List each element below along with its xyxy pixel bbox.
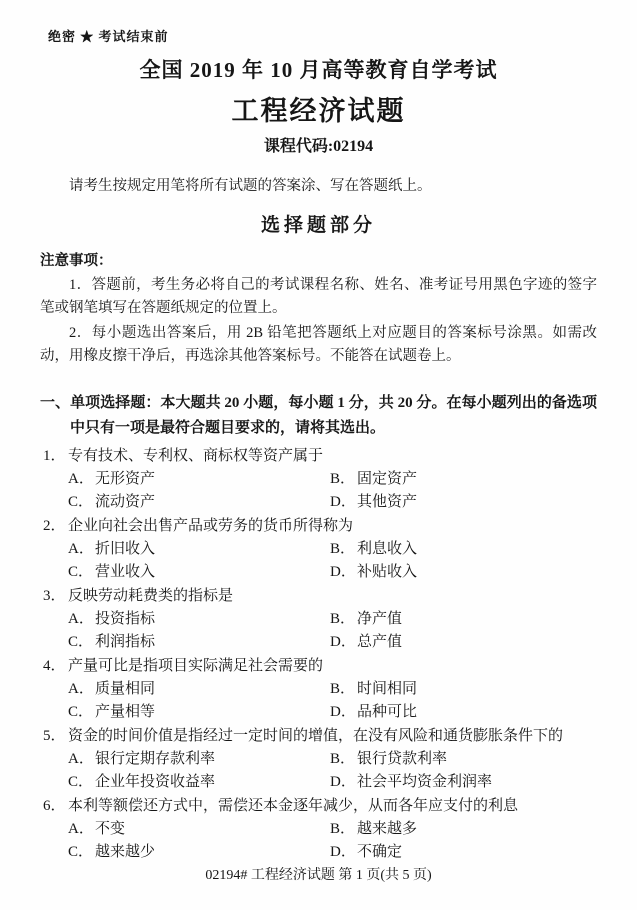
question-number: 3． xyxy=(43,585,68,608)
option-text: 总产值 xyxy=(357,634,402,650)
option-label: A． xyxy=(68,538,95,561)
option-label: D． xyxy=(330,701,357,724)
security-notice: 绝密 ★ 考试结束前 xyxy=(48,26,597,45)
option-text: 银行定期存款利率 xyxy=(95,751,215,767)
option-text: 企业年投资收益率 xyxy=(95,774,215,790)
option-label: C． xyxy=(68,841,95,864)
option-text: 质量相同 xyxy=(95,681,155,697)
notes-heading: 注意事项： xyxy=(40,250,597,272)
option-label: B． xyxy=(330,818,357,841)
option-text: 营业收入 xyxy=(95,564,155,580)
option-item: D．不确定 xyxy=(330,841,597,864)
question-text: 本利等额偿还方式中，需偿还本金逐年减少，从而各年应支付的利息 xyxy=(68,798,518,814)
option-grid: A．无形资产 B．固定资产 C．流动资产 D．其他资产 xyxy=(68,468,597,514)
part-title: 选择题部分 xyxy=(40,210,597,237)
question-item: 6．本利等额偿还方式中，需偿还本金逐年减少，从而各年应支付的利息 A．不变 B．… xyxy=(40,795,597,864)
option-label: B． xyxy=(330,608,357,631)
exam-paper-page: 绝密 ★ 考试结束前 全国 2019 年 10 月高等教育自学考试 工程经济试题… xyxy=(0,0,637,910)
question-number: 2． xyxy=(43,515,68,538)
option-label: D． xyxy=(330,631,357,654)
question-text: 企业向社会出售产品或劳务的货币所得称为 xyxy=(68,518,353,534)
page-footer: 02194# 工程经济试题 第 1 页(共 5 页) xyxy=(0,864,637,884)
option-item: B．固定资产 xyxy=(330,468,597,491)
option-text: 时间相同 xyxy=(357,681,417,697)
section-number: 一、 xyxy=(40,395,70,411)
option-text: 无形资产 xyxy=(95,471,155,487)
question-number: 5． xyxy=(43,725,68,748)
section-text: 单项选择题：本大题共 20 小题，每小题 1 分，共 20 分。在每小题列出的备… xyxy=(70,395,597,436)
option-item: A．投资指标 xyxy=(68,608,330,631)
option-label: A． xyxy=(68,608,95,631)
note-item-2: 2．每小题选出答案后，用 2B 铅笔把答题纸上对应题目的答案标号涂黑。如需改动，… xyxy=(40,322,597,368)
option-text: 不确定 xyxy=(357,844,402,860)
option-label: B． xyxy=(330,538,357,561)
question-stem: 6．本利等额偿还方式中，需偿还本金逐年减少，从而各年应支付的利息 xyxy=(43,795,597,818)
question-number: 4． xyxy=(43,655,68,678)
option-item: A．不变 xyxy=(68,818,330,841)
question-item: 2．企业向社会出售产品或劳务的货币所得称为 A．折旧收入 B．利息收入 C．营业… xyxy=(40,515,597,584)
option-label: C． xyxy=(68,491,95,514)
option-item: B．时间相同 xyxy=(330,678,597,701)
option-text: 流动资产 xyxy=(95,494,155,510)
option-item: B．银行贷款利率 xyxy=(330,748,597,771)
question-item: 3．反映劳动耗费类的指标是 A．投资指标 B．净产值 C．利润指标 D．总产值 xyxy=(40,585,597,654)
option-text: 利润指标 xyxy=(95,634,155,650)
note-item-1: 1．答题前，考生务必将自己的考试课程名称、姓名、准考证号用黑色字迹的签字笔或钢笔… xyxy=(40,274,597,320)
question-text: 产量可比是指项目实际满足社会需要的 xyxy=(68,658,323,674)
option-label: A． xyxy=(68,818,95,841)
option-grid: A．折旧收入 B．利息收入 C．营业收入 D．补贴收入 xyxy=(68,538,597,584)
option-item: C．利润指标 xyxy=(68,631,330,654)
option-label: C． xyxy=(68,771,95,794)
question-list: 1．专有技术、专利权、商标权等资产属于 A．无形资产 B．固定资产 C．流动资产… xyxy=(40,445,597,864)
option-text: 社会平均资金利润率 xyxy=(357,774,492,790)
option-item: A．银行定期存款利率 xyxy=(68,748,330,771)
option-item: D．品种可比 xyxy=(330,701,597,724)
question-text: 专有技术、专利权、商标权等资产属于 xyxy=(68,448,323,464)
question-stem: 3．反映劳动耗费类的指标是 xyxy=(43,585,597,608)
question-number: 1． xyxy=(43,445,68,468)
option-label: D． xyxy=(330,771,357,794)
option-text: 其他资产 xyxy=(357,494,417,510)
question-number: 6． xyxy=(43,795,68,818)
option-item: D．补贴收入 xyxy=(330,561,597,584)
option-text: 补贴收入 xyxy=(357,564,417,580)
option-grid: A．投资指标 B．净产值 C．利润指标 D．总产值 xyxy=(68,608,597,654)
question-item: 1．专有技术、专利权、商标权等资产属于 A．无形资产 B．固定资产 C．流动资产… xyxy=(40,445,597,514)
option-label: C． xyxy=(68,701,95,724)
question-stem: 4．产量可比是指项目实际满足社会需要的 xyxy=(43,655,597,678)
paper-title: 工程经济试题 xyxy=(40,89,597,128)
option-item: B．利息收入 xyxy=(330,538,597,561)
answer-sheet-instruction: 请考生按规定用笔将所有试题的答案涂、写在答题纸上。 xyxy=(40,175,597,197)
option-grid: A．不变 B．越来越多 C．越来越少 D．不确定 xyxy=(68,818,597,864)
option-text: 品种可比 xyxy=(357,704,417,720)
option-text: 折旧收入 xyxy=(95,541,155,557)
option-item: B．净产值 xyxy=(330,608,597,631)
option-text: 净产值 xyxy=(357,611,402,627)
option-label: B． xyxy=(330,678,357,701)
option-label: D． xyxy=(330,491,357,514)
option-grid: A．质量相同 B．时间相同 C．产量相等 D．品种可比 xyxy=(68,678,597,724)
option-label: C． xyxy=(68,631,95,654)
option-item: C．企业年投资收益率 xyxy=(68,771,330,794)
option-label: A． xyxy=(68,468,95,491)
option-label: B． xyxy=(330,468,357,491)
option-item: D．总产值 xyxy=(330,631,597,654)
option-text: 固定资产 xyxy=(357,471,417,487)
option-text: 利息收入 xyxy=(357,541,417,557)
option-item: C．流动资产 xyxy=(68,491,330,514)
option-text: 银行贷款利率 xyxy=(357,751,447,767)
option-label: D． xyxy=(330,561,357,584)
option-item: D．其他资产 xyxy=(330,491,597,514)
option-item: C．营业收入 xyxy=(68,561,330,584)
option-grid: A．银行定期存款利率 B．银行贷款利率 C．企业年投资收益率 D．社会平均资金利… xyxy=(68,748,597,794)
question-text: 反映劳动耗费类的指标是 xyxy=(68,588,233,604)
option-item: C．产量相等 xyxy=(68,701,330,724)
option-label: C． xyxy=(68,561,95,584)
option-item: D．社会平均资金利润率 xyxy=(330,771,597,794)
question-stem: 1．专有技术、专利权、商标权等资产属于 xyxy=(43,445,597,468)
option-item: A．质量相同 xyxy=(68,678,330,701)
question-stem: 5．资金的时间价值是指经过一定时间的增值，在没有风险和通货膨胀条件下的 xyxy=(43,725,597,748)
option-label: B． xyxy=(330,748,357,771)
question-item: 4．产量可比是指项目实际满足社会需要的 A．质量相同 B．时间相同 C．产量相等… xyxy=(40,655,597,724)
option-text: 不变 xyxy=(95,821,125,837)
option-label: A． xyxy=(68,678,95,701)
option-label: A． xyxy=(68,748,95,771)
course-code: 课程代码:02194 xyxy=(40,133,597,156)
option-text: 越来越少 xyxy=(95,844,155,860)
section-heading: 一、单项选择题：本大题共 20 小题，每小题 1 分，共 20 分。在每小题列出… xyxy=(40,391,597,441)
question-text: 资金的时间价值是指经过一定时间的增值，在没有风险和通货膨胀条件下的 xyxy=(68,728,563,744)
option-text: 投资指标 xyxy=(95,611,155,627)
question-stem: 2．企业向社会出售产品或劳务的货币所得称为 xyxy=(43,515,597,538)
option-item: A．无形资产 xyxy=(68,468,330,491)
exam-title: 全国 2019 年 10 月高等教育自学考试 xyxy=(40,54,597,84)
question-item: 5．资金的时间价值是指经过一定时间的增值，在没有风险和通货膨胀条件下的 A．银行… xyxy=(40,725,597,794)
option-label: D． xyxy=(330,841,357,864)
option-item: B．越来越多 xyxy=(330,818,597,841)
option-text: 产量相等 xyxy=(95,704,155,720)
option-text: 越来越多 xyxy=(357,821,417,837)
option-item: A．折旧收入 xyxy=(68,538,330,561)
option-item: C．越来越少 xyxy=(68,841,330,864)
